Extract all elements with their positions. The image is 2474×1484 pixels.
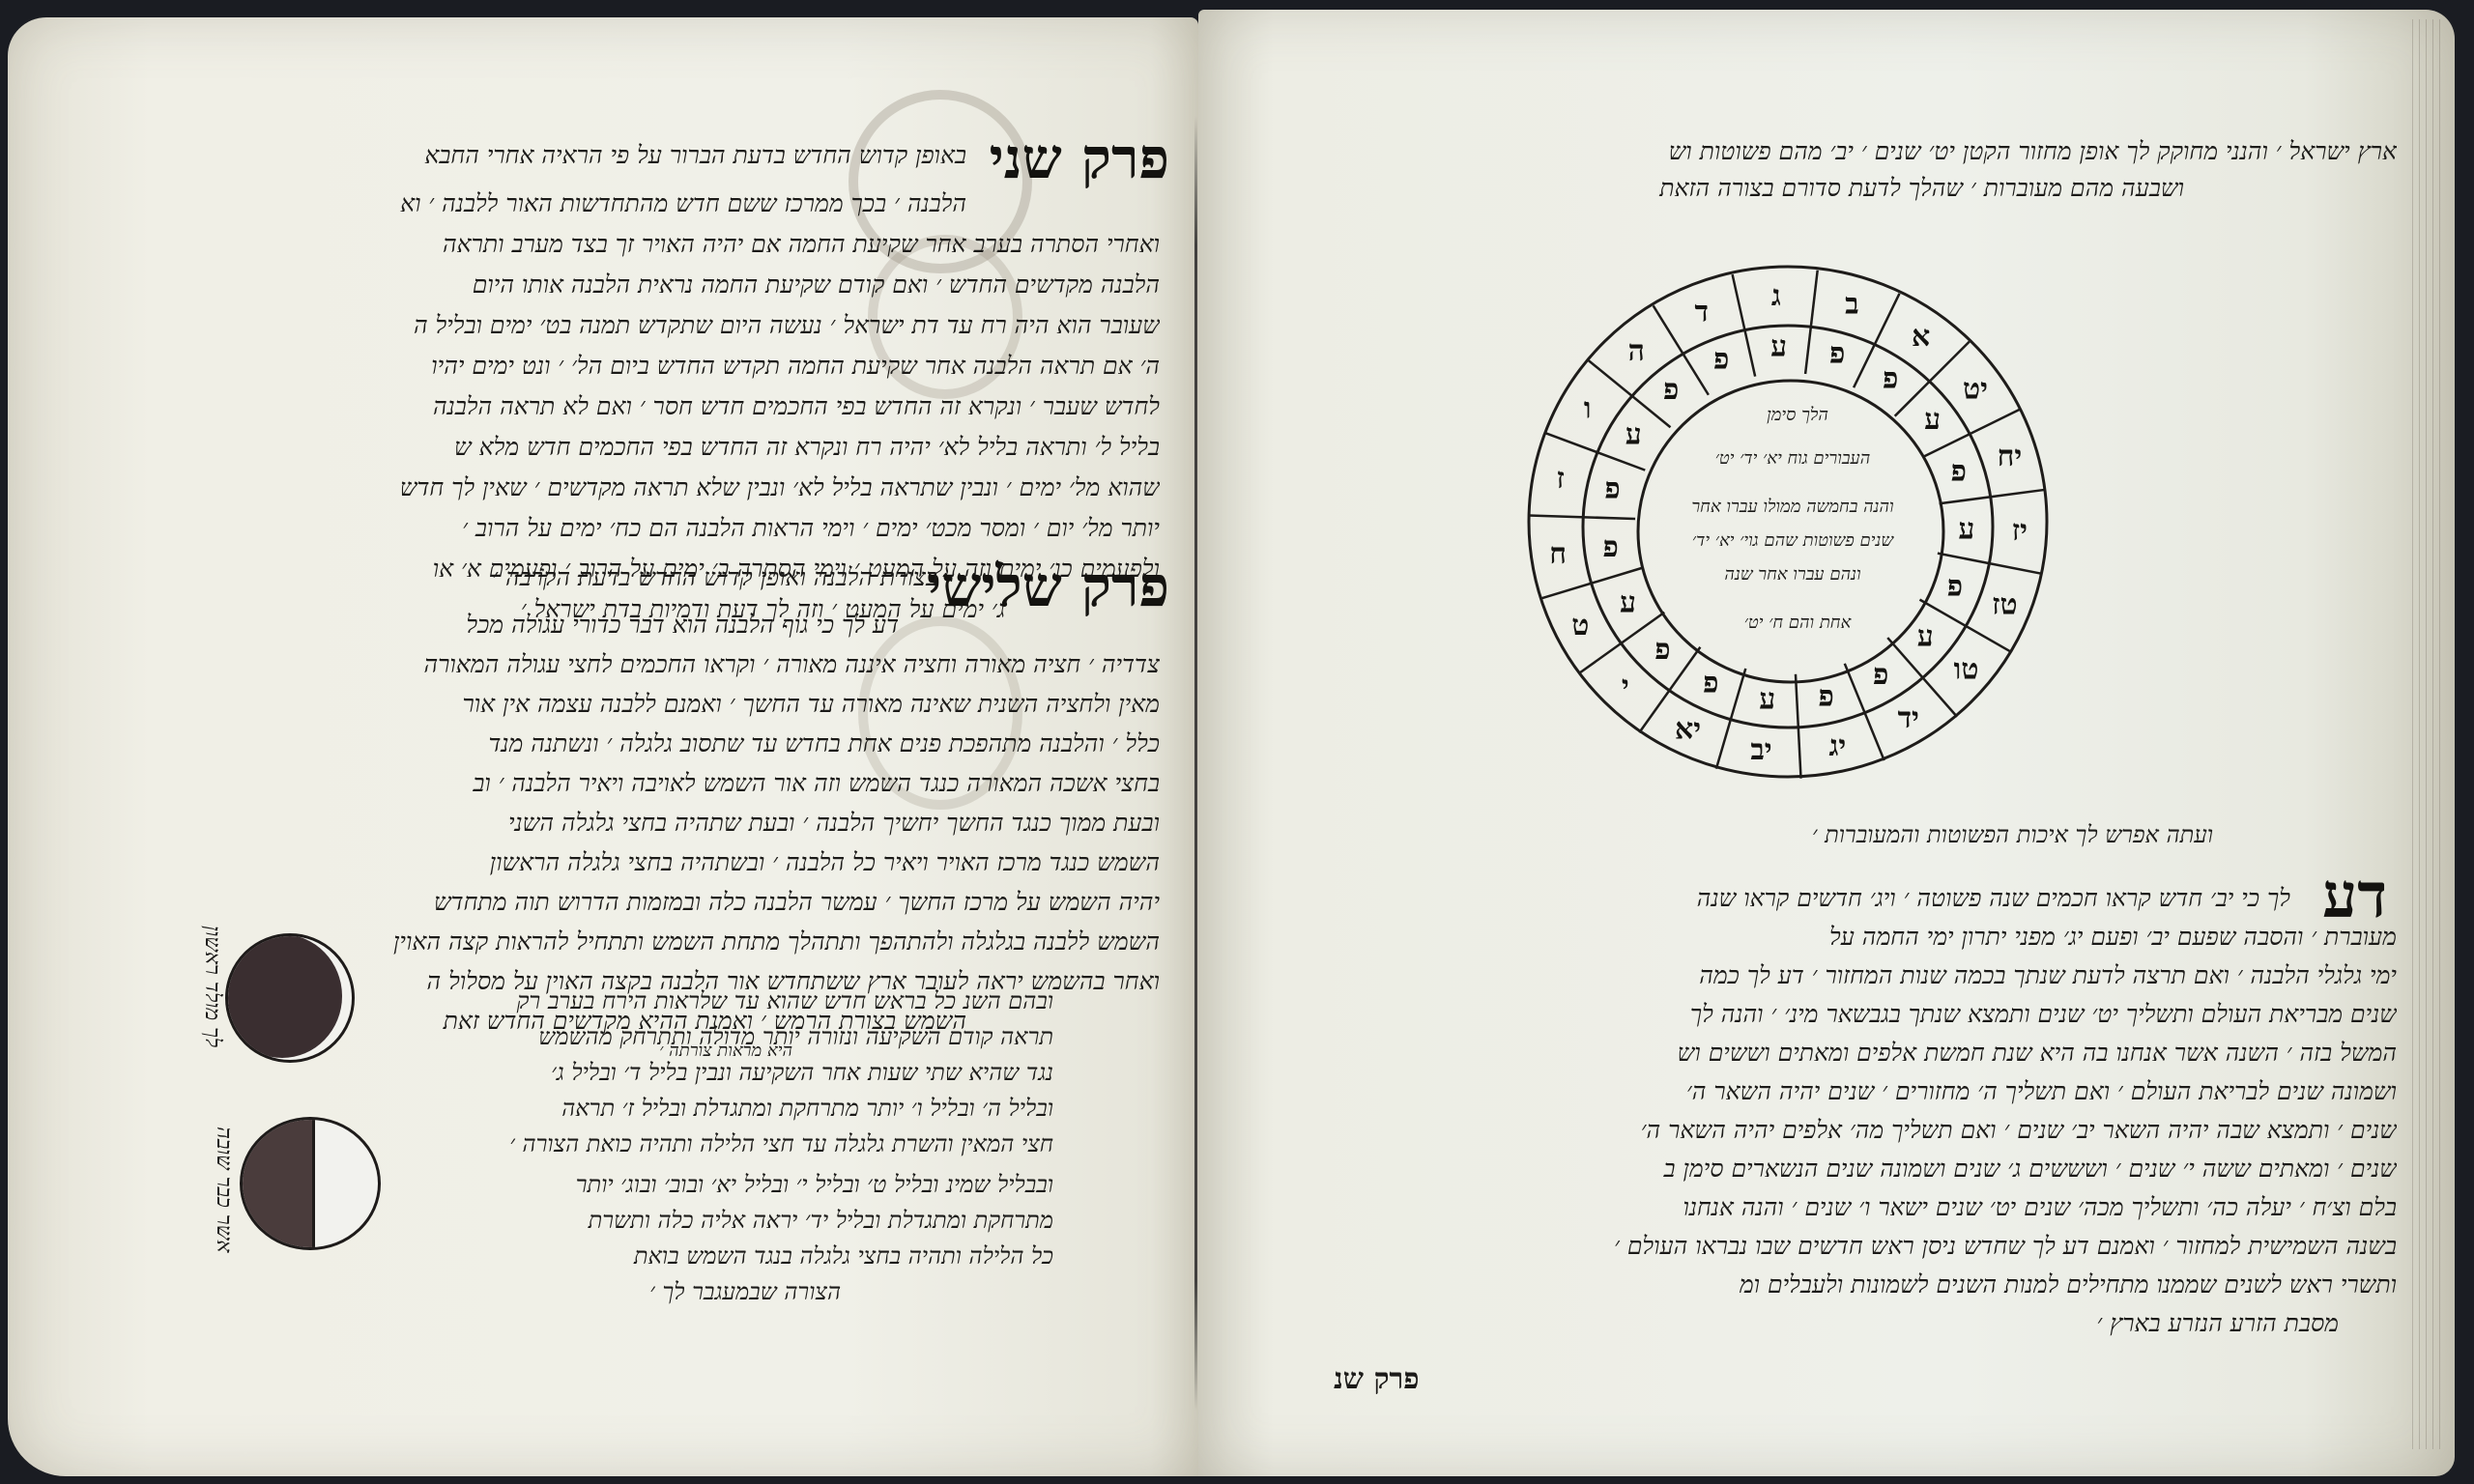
text-line: הצורה שבמעגבר לך ׳ [435,1274,841,1310]
middle-ring-letter: פ [1703,667,1718,700]
chapter-heading-2: פרק שני [990,126,1169,191]
outer-ring-letter: ז [1556,462,1564,496]
middle-ring-letter: פ [1604,472,1620,506]
middle-ring-letter: ע [1625,417,1642,451]
text-line: ארץ ישראל ׳ והנני מחוקק לך אופן מחזור הק… [1285,133,2397,170]
book-gutter [1194,116,1197,1411]
text-line: ואחרי הסתרה בערב אחר שקיעת החמה אם יהיה … [193,224,1160,265]
text-line: מעוברת ׳ והסבה שפעם יב׳ ופעם יג׳ מפני ית… [1285,918,2397,956]
moon-2-label: אשר כבר שובה [211,1127,236,1271]
calendar-body-text: לך כי יב׳ חדש קראו חכמים שנה פשוטה ׳ ויג… [1285,879,2397,1343]
catchword: פרק שנ [1334,1362,1420,1396]
text-line: נגד שהיא שתי שעות אחר השקיעה ונבין בליל … [396,1055,1053,1091]
outer-ring-letter: ה [1628,334,1645,368]
outer-ring-letter: טו [1954,652,1979,686]
outer-ring-letter: י [1622,670,1629,703]
text-line: ובליל ה׳ ובליל ו׳ יותר מתרחקת ומתגדלת וב… [396,1091,1053,1127]
middle-ring-letter: פ [1883,362,1898,396]
outer-ring-letter: יג [1829,729,1847,763]
chapter-2-subtitle: באופן קדוש החדש בדעת הברור על פי הראיה א… [213,141,966,170]
diagram-center-line: העבורים גוח יא׳ יד׳ יט׳ [1715,448,1871,469]
outer-ring-letter: ו [1584,392,1592,426]
text-line: השמש כנגד מרכז האויר ויאיר כל הלבנה ׳ וב… [193,842,1160,882]
text-line: כלל ׳ והלבנה מתהפכת פנים אחת בחדש עד שתס… [193,724,1160,763]
text-line: יותר מל׳ יום ׳ ומסר מכט׳ ימים ׳ וימי הרא… [193,508,1160,549]
page-edges [2406,19,2445,1449]
text-line: שנים מבריאת העולם ותשליך יט׳ שנים ותמצא … [1285,995,2397,1034]
diagram-center-line: שנים פשוטות שהם גוי׳ יא׳ יד׳ [1692,530,1894,551]
left-page: פרק שני באופן קדוש החדש בדעת הברור על פי… [8,17,1198,1476]
outer-ring-letter: ח [1549,537,1567,571]
text-line: שנים ׳ ותמצא שבה יהיה השאר יב׳ שנים ׳ וא… [1285,1111,2397,1150]
text-line: מסבת הזרע הנזרע בארץ ׳ [1285,1304,2339,1343]
text-line: כל הלילה ותהיה בחצי גלגלה בנגד השמש בואת [435,1239,1053,1274]
text-line: הלבנה ׳ בכך ממרכז ששם חדש מהתחדשות האור … [193,184,966,224]
middle-ring-letter: פ [1829,337,1845,371]
text-line: ה׳ אם תראה הלבנה אחר שקיעת החמה תקדש החד… [193,346,1160,386]
text-line: שנים ׳ ומאתים ששה י׳ שנים ׳ ושששים ג׳ שנ… [1285,1150,2397,1188]
half-moon-diagram [240,1117,381,1250]
text-line: ימי גלגלי הלבנה ׳ ואם תרצה לדעת שנתך בכמ… [1285,956,2397,995]
crescent-moon-diagram [225,933,355,1063]
text-line: הלבנה מקדשים החדש ׳ ואם קודם שקיעת החמה … [193,265,1160,305]
middle-ring-letter: פ [1602,530,1618,564]
outer-ring-letter: יב [1750,733,1771,767]
outer-ring-letter: טז [1992,587,2017,621]
diagram-center-line: אחת והם ח׳ יט׳ [1744,613,1853,633]
text-line: המשל בזה ׳ השנה אשר אנחנו בה היא שנת חמש… [1285,1034,2397,1072]
text-line: ובהם השנ כל בראש חדש שהוא עד שלראות הירח… [396,984,1053,1019]
text-line: שעובר הוא היה רח עד דת ישראל ׳ נעשה היום… [193,305,1160,346]
text-line: דע לך כי גוף הלבנה הוא דבר כדורי עגולה מ… [193,605,899,644]
text-line: חצי המאין והשרת גלגלה עד חצי הלילה ותהיה… [396,1127,1053,1162]
text-line: לך כי יב׳ חדש קראו חכמים שנה פשוטה ׳ ויג… [1285,879,2290,918]
middle-ring-letter: ע [1759,682,1775,716]
text-line: ובעת ממוך כנגד החשך יחשיך הלבנה ׳ ובעת ש… [193,803,1160,842]
middle-ring-letter: פ [1951,455,1967,489]
moon-shade [243,1120,315,1247]
text-line: יהיה השמש על מרכז החשך ׳ עמשר הלבנה כלה … [193,882,1160,922]
intro-text: ארץ ישראל ׳ והנני מחוקק לך אופן מחזור הק… [1285,133,2397,207]
middle-ring-letter: פ [1947,569,1963,603]
middle-ring-letter: פ [1873,658,1888,692]
text-line: בליל ל׳ ותראה בליל לא׳ יהיה רח ונקרא זה … [193,427,1160,468]
text-line: מתרחקת ומתגדלת ובליל יד׳ יראה אליה כלה ו… [435,1203,1053,1239]
outer-ring-letter: יט [1963,373,1988,407]
middle-ring-letter: ע [1620,585,1636,619]
text-line: צדדיה ׳ חציה מאורה וחציה איננה מאורה ׳ ו… [193,644,1160,684]
outer-ring-letter: ג [1771,279,1781,313]
outer-ring-letter: יא [1675,712,1701,746]
moon-phase-text-2: ובבליל שמינ ובליל ט׳ ובליל י׳ ובליל יא׳ … [435,1167,1053,1310]
diagram-center-line: ונהם עברו אחר שנה [1724,564,1860,585]
text-line: ושבעה מהם מעוברות ׳ שהלך לדעת סדורם בצור… [1285,170,2184,207]
metonic-cycle-diagram: אבגדהוזחטייאיביגידטוטזיזיחיט פפעפפעפפעפפ… [1517,251,2058,792]
middle-ring-letter: פ [1663,373,1679,407]
middle-ring-letter: פ [1818,679,1833,713]
middle-ring-letter: פ [1713,343,1729,377]
text-line: ותשרי ראש לשנים שממנו מתחילים למנות השני… [1285,1266,2397,1304]
outer-ring-letter: יח [1998,440,2023,473]
chapter-3-subtitle: בצורת הלבנה ואופן קדוש החדש בדעת הקרבה ׳ [203,563,937,592]
text-line: תראה קודם השקיעה ונזורה יותר מדולה ותתרח… [396,1019,1053,1055]
outer-ring-letter: ד [1694,295,1708,328]
text-line: לחדש שעבר ׳ ונקרא זה החדש בפי החכמים חדש… [193,386,1160,427]
text-line: שהוא מל׳ ימים ׳ ונבין שתראה בליל לא׳ ונב… [193,468,1160,508]
text-line: ובבליל שמינ ובליל ט׳ ובליל י׳ ובליל יא׳ … [435,1167,1053,1203]
middle-ring-letter: ע [1770,330,1787,364]
moon-shade [225,934,342,1058]
middle-ring-letter: פ [1654,633,1670,667]
middle-ring-letter: ע [1958,512,1974,546]
outer-ring-letter: יז [2012,514,2028,548]
text-line: ושמונה שנים לבריאת העולם ׳ ואם תשליך ה׳ … [1285,1072,2397,1111]
middle-ring-letter: ע [1917,619,1934,653]
right-page: ארץ ישראל ׳ והנני מחוקק לך אופן מחזור הק… [1198,10,2455,1476]
text-line: בשנה השמישית למחזור ׳ ואמנם דע לך שחדש נ… [1285,1227,2397,1266]
diagram-center-line: והנה בחמשה ממולו עברו אחר [1691,497,1893,517]
diagram-center-title: הלך סימן [1767,405,1828,425]
middle-ring-letter: ע [1924,403,1941,437]
moon-1-label: לך מולד ראשון [199,926,224,1080]
outer-ring-letter: ט [1571,609,1589,642]
text-line: בחצי אשכה המאורה כנגד השמש וזה אור השמש … [193,763,1160,803]
outer-ring-letter: א [1912,320,1930,354]
moon-phase-text: ובהם השנ כל בראש חדש שהוא עד שלראות הירח… [396,984,1053,1162]
text-line: מאין ולחציה השנית שאינה מאורה עד החשך ׳ … [193,684,1160,724]
section-intro-line: ועתה אפרש לך איכות הפשוטות והמעוברות ׳ [1537,821,2213,849]
outer-ring-letter: ב [1845,288,1858,322]
outer-ring-letter: יד [1898,701,1919,735]
text-line: בלם וצ׳ח ׳ יעלה כה׳ ותשליך מכה׳ שנים יט׳… [1285,1188,2397,1227]
